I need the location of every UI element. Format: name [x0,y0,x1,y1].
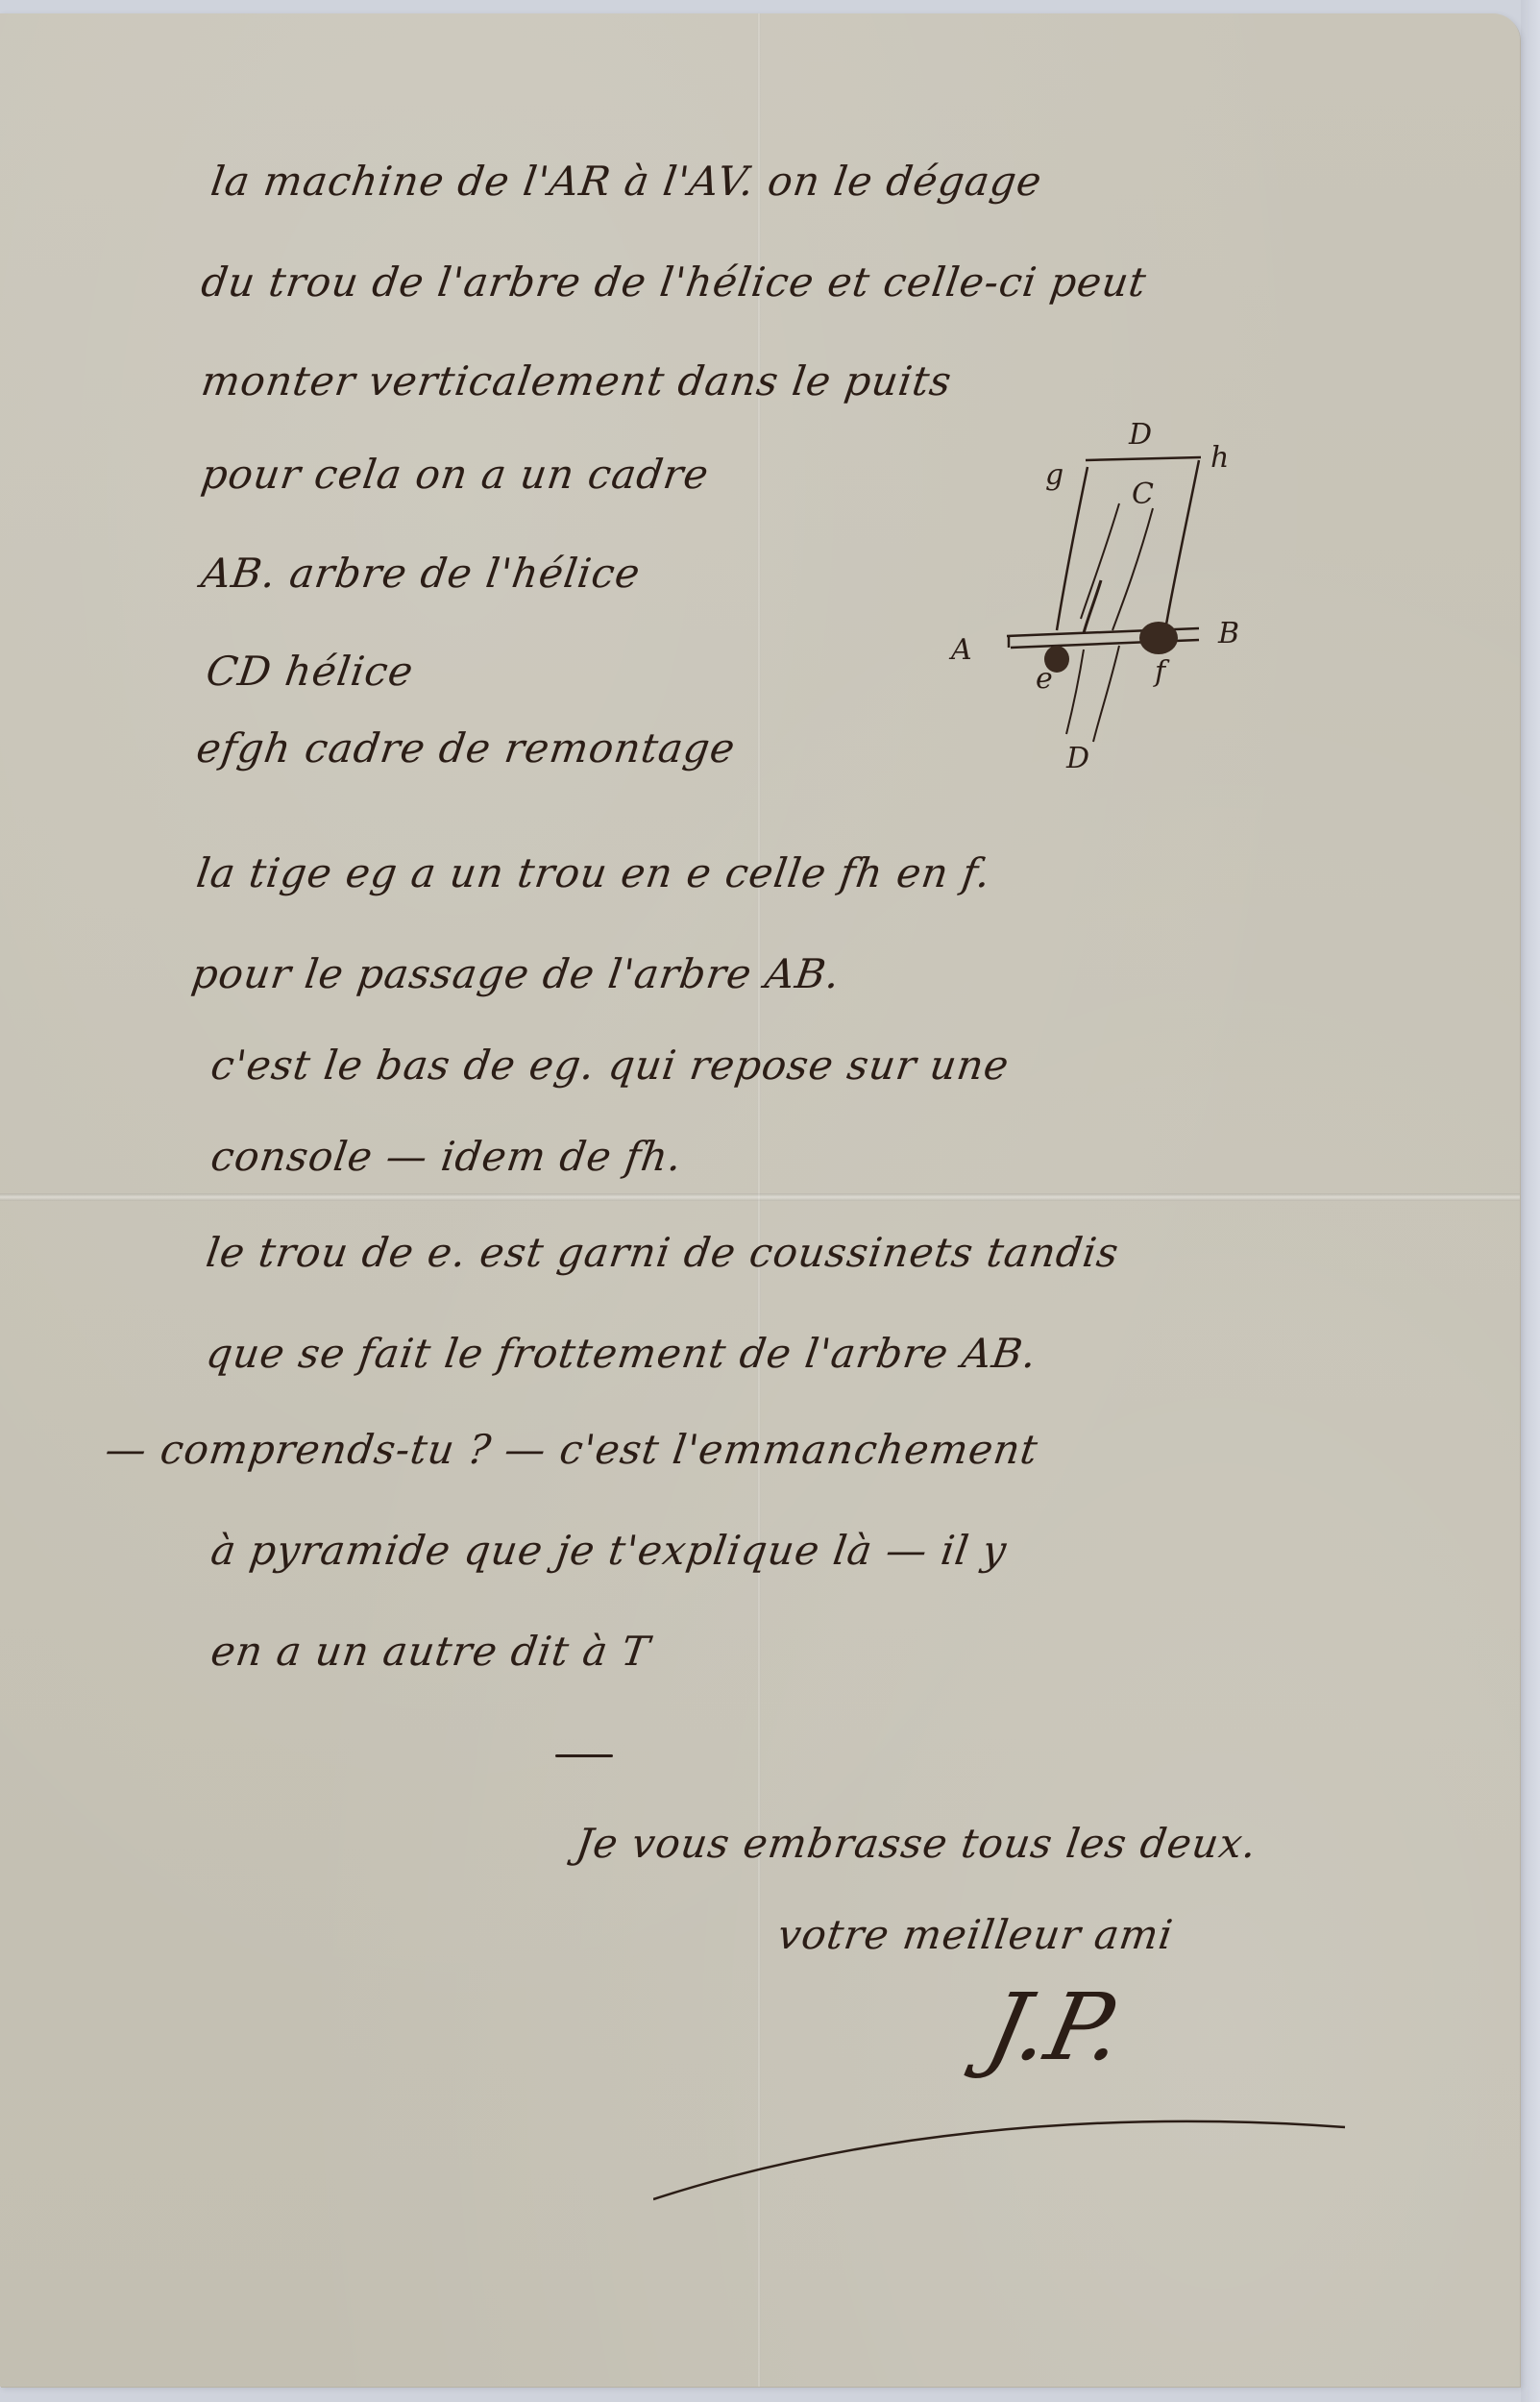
sketch-label-e: e [1036,662,1053,696]
letter-line-6: CD hélice [204,648,417,695]
letter-line-13: que se fait le frottement de l'arbre AB. [204,1330,1040,1377]
sketch-label-top-D: D [1128,418,1152,452]
letter-line-7: efgh cadre de remontage [194,724,739,772]
sketch-label-g: g [1045,458,1063,492]
sketch-label-D-bottom: D [1065,742,1089,772]
letter-line-3: monter verticalement dans le puits [199,357,955,404]
letter-line-10: c'est le bas de eg. qui repose sur une [208,1042,1013,1089]
letter-line-16: en a un autre dit à T [208,1628,653,1675]
letter-line-5: AB. arbre de l'hélice [199,550,644,597]
closing-line-1: Je vous embrasse tous les deux. [574,1820,1260,1867]
sketch-label-h: h [1210,441,1229,475]
fold-line-horizontal [0,1193,1520,1201]
signature-flourish [653,2108,1364,2204]
letter-line-15: à pyramide que je t'explique là — il y [208,1527,1011,1574]
sketch-label-A: A [948,633,972,667]
letter-line-12: le trou de e. est garni de coussinets ta… [204,1229,1122,1276]
letter-line-8: la tige eg a un trou en e celle fh en f. [194,849,994,896]
sketch-label-f: f [1153,655,1170,689]
letter-line-14: — comprends-tu ? — c'est l'emmanchement [103,1426,1041,1473]
sketch-label-B: B [1217,617,1239,650]
closing-line-2: votre meilleur ami [775,1911,1177,1958]
letter-page: la machine de l'AR à l'AV. on le dégage … [0,13,1520,2387]
letter-line-11: console — idem de fh. [208,1133,686,1180]
letter-line-1: la machine de l'AR à l'AV. on le dégage [208,158,1045,205]
letter-line-2: du trou de l'arbre de l'hélice et celle-… [199,258,1150,306]
sketch-label-C: C [1132,478,1154,511]
signature: J.P. [978,1973,1133,2081]
letter-line-4: pour cela on a un cadre [199,451,713,498]
letter-line-9: pour le passage de l'arbre AB. [189,950,843,997]
helix-frame-sketch: D g h C A B e f D [922,407,1287,772]
section-divider [555,1754,613,1757]
scan-backdrop [1521,0,1540,2402]
